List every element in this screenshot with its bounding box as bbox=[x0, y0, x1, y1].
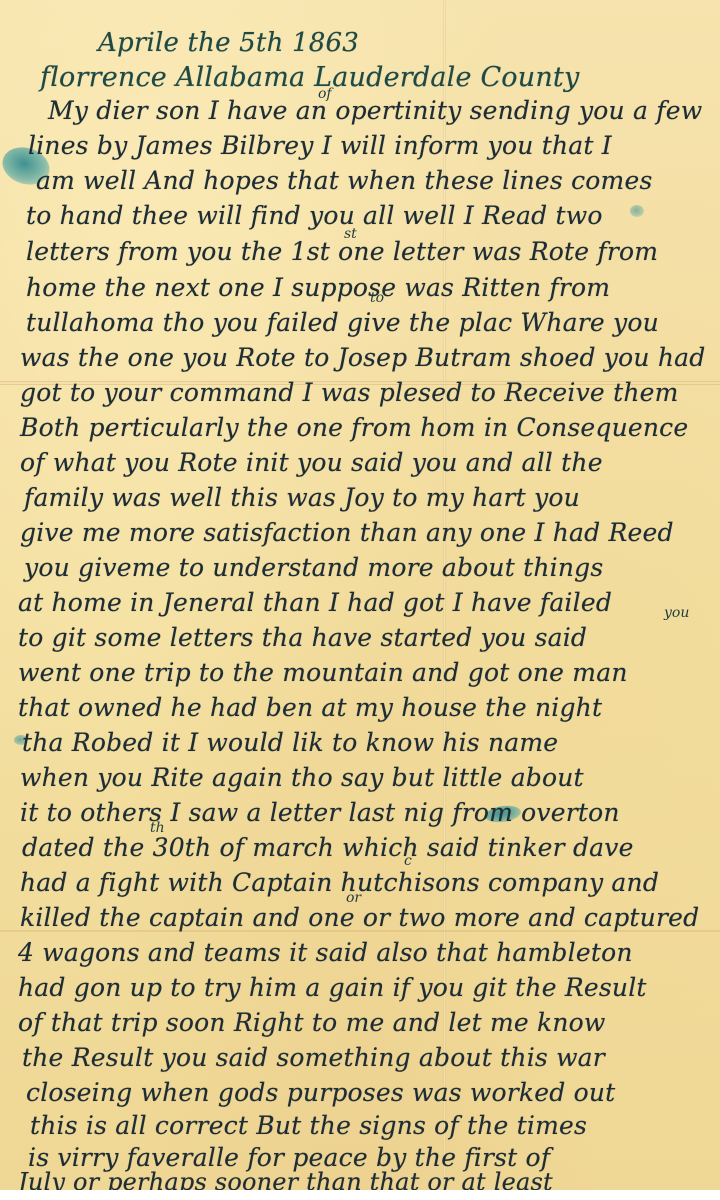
letter-line-21: it to others I saw a letter last nig fro… bbox=[20, 798, 620, 827]
letter-line-5: letters from you the 1st one letter was … bbox=[26, 237, 658, 266]
date-line: Aprile the 5th 1863 bbox=[98, 28, 359, 58]
letter-line-29: closeing when gods purposes was worked o… bbox=[26, 1078, 615, 1107]
letter-line-17: went one trip to the mountain and got on… bbox=[18, 658, 628, 687]
letter-line-32: July or perhaps sooner than that or at l… bbox=[18, 1168, 553, 1190]
insertion-you: you bbox=[664, 605, 689, 621]
handwritten-letter: Aprile the 5th 1863 florrence Allabama L… bbox=[0, 0, 720, 1190]
letter-line-16: to git some letters tha have started you… bbox=[18, 623, 587, 652]
letter-line-9: got to your command I was plesed to Rece… bbox=[20, 378, 679, 407]
letter-line-1: My dier son I have an opertinity sending… bbox=[48, 96, 702, 125]
insertion-th-march: th bbox=[150, 820, 165, 836]
letter-line-22: dated the 30th of march which said tinke… bbox=[22, 833, 634, 862]
insertion-st: st bbox=[344, 226, 357, 242]
letter-line-25: 4 wagons and teams it said also that ham… bbox=[18, 938, 633, 967]
letter-line-20: when you Rite again tho say but little a… bbox=[20, 763, 584, 792]
letter-line-15: at home in Jeneral than I had got I have… bbox=[18, 588, 612, 617]
letter-line-11: of what you Rote init you said you and a… bbox=[20, 448, 603, 477]
letter-line-4: to hand thee will find you all well I Re… bbox=[26, 201, 603, 230]
letter-line-24: killed the captain and one or two more a… bbox=[20, 903, 699, 932]
letter-line-18: that owned he had ben at my house the ni… bbox=[18, 693, 602, 722]
place-line: florrence Allabama Lauderdale County bbox=[40, 62, 579, 93]
letter-line-19: tha Robed it I would lik to know his nam… bbox=[22, 728, 558, 757]
insertion-of: of bbox=[318, 86, 332, 102]
letter-line-27: of that trip soon Right to me and let me… bbox=[18, 1008, 606, 1037]
insertion-c: c bbox=[404, 853, 412, 869]
letter-line-28: the Result you said something about this… bbox=[22, 1043, 605, 1072]
letter-line-7: tullahoma tho you failed give the plac W… bbox=[26, 308, 659, 337]
letter-line-6: home the next one I suppose was Ritten f… bbox=[26, 273, 610, 302]
letter-line-14: you giveme to understand more about thin… bbox=[24, 553, 603, 582]
letter-line-3: am well And hopes that when these lines … bbox=[36, 166, 652, 195]
letter-line-13: give me more satisfaction than any one I… bbox=[20, 518, 674, 547]
letter-line-12: family was well this was Joy to my hart … bbox=[24, 483, 580, 512]
letter-line-8: was the one you Rote to Josep Butram sho… bbox=[20, 343, 705, 372]
letter-line-30: this is all correct But the signs of the… bbox=[30, 1111, 587, 1140]
insertion-to: to bbox=[370, 290, 384, 306]
letter-line-23: had a fight with Captain hutchisons comp… bbox=[20, 868, 659, 897]
insertion-or: or bbox=[346, 890, 361, 906]
letter-line-10: Both perticularly the one from hom in Co… bbox=[20, 413, 688, 442]
letter-line-2: lines by James Bilbrey I will inform you… bbox=[28, 131, 612, 160]
letter-page: Aprile the 5th 1863 florrence Allabama L… bbox=[0, 0, 720, 1190]
letter-line-26: had gon up to try him a gain if you git … bbox=[18, 973, 647, 1002]
